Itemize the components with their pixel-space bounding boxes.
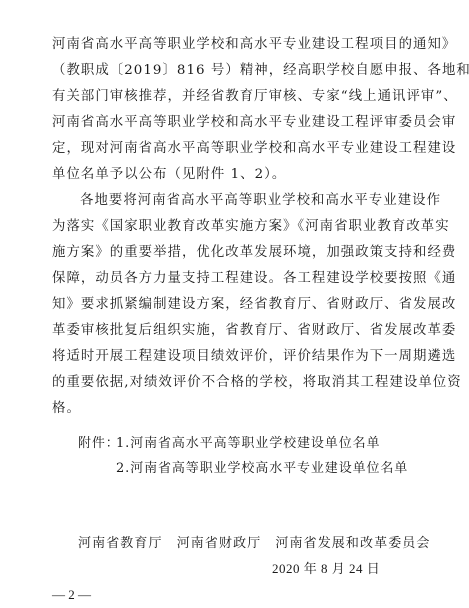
attachment-item-2: 2.河南省高等职业学校高水平专业建设单位名单 xyxy=(116,460,408,478)
body-line-10: 保障，动员各方力量支持工程建设。各工程建设学校要按照《通 xyxy=(52,270,416,288)
body-line-11: 知》要求抓紧编制建设方案，经省教育厅、省财政厅、省发展改 xyxy=(52,296,416,314)
attachment-item-1: 1.河南省高水平高等职业学校建设单位名单 xyxy=(116,435,380,453)
page-number: — 2 — xyxy=(52,587,91,603)
body-line-6: 单位名单予以公布（见附件 1、2）。 xyxy=(52,166,416,184)
body-line-5: 定，现对河南省高水平高等职业学校和高水平专业建设工程建设 xyxy=(52,140,416,158)
body-line-12: 革委审核批复后组织实施，省教育厅、省财政厅、省发展改革委 xyxy=(52,322,416,340)
body-line-2: （教职成〔2019〕816 号）精神，经高职学校自愿申报、各地和 xyxy=(52,62,416,80)
body-line-7: 各地要将河南省高水平高等职业学校和高水平专业建设作 xyxy=(80,192,444,210)
issue-date: 2020 年 8 月 24 日 xyxy=(272,560,380,578)
body-line-9: 施方案》的重要举措，优化改革发展环境，加强政策支持和经费 xyxy=(52,244,416,262)
body-line-13: 将适时开展工程建设项目绩效评价，评价结果作为下一周期遴选 xyxy=(52,348,416,366)
issuing-agencies: 河南省教育厅 河南省财政厅 河南省发展和改革委员会 xyxy=(78,535,431,553)
body-line-15: 格。 xyxy=(52,400,416,418)
attachments-label: 附件： xyxy=(78,435,120,453)
body-line-8: 为落实《国家职业教育改革实施方案》《河南省职业教育改革实 xyxy=(52,218,416,236)
body-line-14: 的重要依据,对绩效评价不合格的学校，将取消其工程建设单位资 xyxy=(52,374,416,392)
body-line-1: 河南省高水平高等职业学校和高水平专业建设工程项目的通知》 xyxy=(52,36,416,54)
body-line-4: 河南省高水平高等职业学校和高水平专业建设工程评审委员会审 xyxy=(52,114,416,132)
body-line-3: 有关部门审核推荐，并经省教育厅审核、专家“线上通讯评审”、 xyxy=(52,88,416,106)
